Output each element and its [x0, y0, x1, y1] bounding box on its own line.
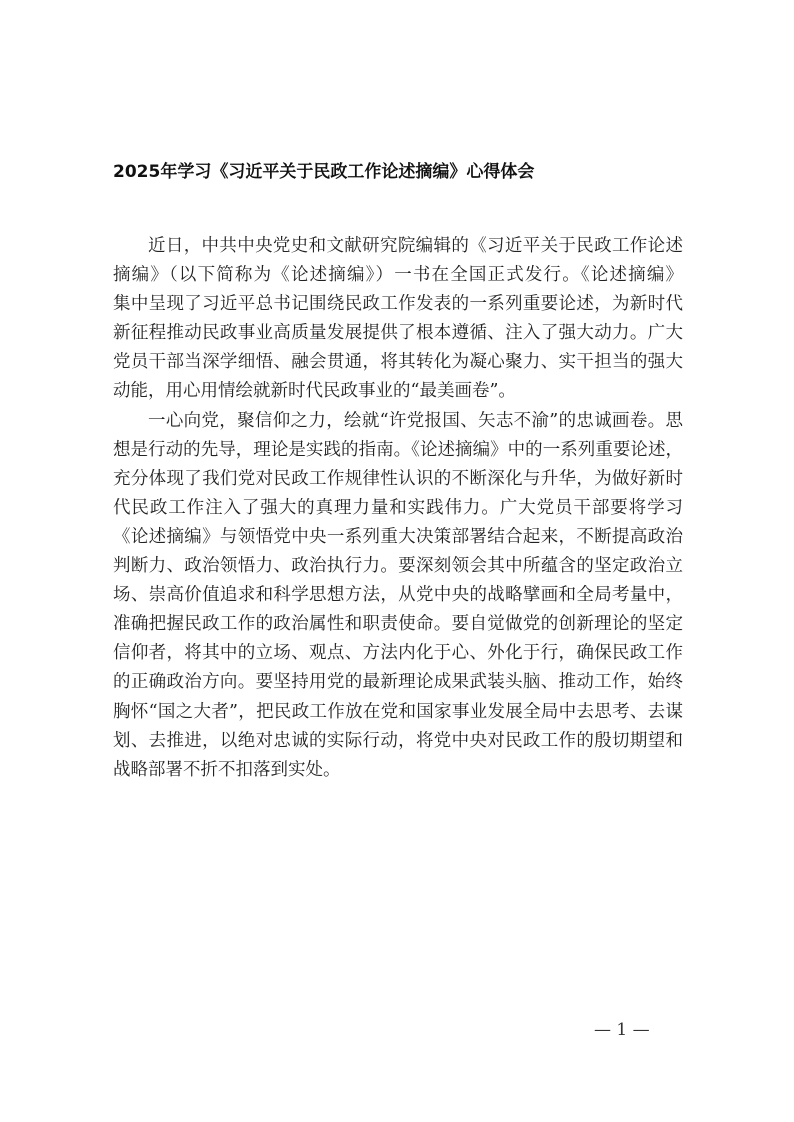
document-body: 近日，中共中央党史和文献研究院编辑的《习近平关于民政工作论述 摘编》（以下简称为… [113, 232, 683, 785]
text-line: 党员干部当深学细悟、融会贯通，将其转化为凝心聚力、实干担当的强大 [113, 348, 683, 377]
text-line: 信仰者，将其中的立场、观点、方法内化于心、外化于行，确保民政工作 [113, 639, 683, 668]
page-number: — 1 — [594, 1020, 650, 1040]
text-line: 判断力、政治领悟力、政治执行力。要深刻领会其中所蕴含的坚定政治立 [113, 552, 683, 581]
document-title: 2025年学习《习近平关于民政工作论述摘编》心得体会 [113, 157, 534, 182]
text-line: 摘编》（以下简称为《论述摘编》）一书在全国正式发行。《论述摘编》 [113, 261, 683, 290]
text-line: 集中呈现了习近平总书记围绕民政工作发表的一系列重要论述，为新时代 [113, 290, 683, 319]
text-line: 场、崇高价值追求和科学思想方法，从党中央的战略擘画和全局考量中， [113, 581, 683, 610]
text-line: 战略部署不折不扣落到实处。 [113, 756, 683, 785]
text-line: 新征程推动民政事业高质量发展提供了根本遵循、注入了强大动力。广大 [113, 319, 683, 348]
text-line: 代民政工作注入了强大的真理力量和实践伟力。广大党员干部要将学习 [113, 494, 683, 523]
text-line: 近日，中共中央党史和文献研究院编辑的《习近平关于民政工作论述 [113, 232, 683, 261]
text-line: 的正确政治方向。要坚持用党的最新理论成果武装头脑、推动工作，始终 [113, 668, 683, 697]
paragraph-loyalty: 一心向党，聚信仰之力，绘就“许党报国、矢志不渝”的忠诚画卷。思 想是行动的先导，… [113, 407, 683, 785]
text-line: 充分体现了我们党对民政工作规律性认识的不断深化与升华，为做好新时 [113, 465, 683, 494]
text-line: 划、去推进，以绝对忠诚的实际行动，将党中央对民政工作的殷切期望和 [113, 727, 683, 756]
text-line: 准确把握民政工作的政治属性和职责使命。要自觉做党的创新理论的坚定 [113, 610, 683, 639]
text-line: 动能，用心用情绘就新时代民政事业的“最美画卷”。 [113, 377, 683, 406]
text-line: 《论述摘编》与领悟党中央一系列重大决策部署结合起来，不断提高政治 [113, 523, 683, 552]
text-line: 胸怀“国之大者”，把民政工作放在党和国家事业发展全局中去思考、去谋 [113, 698, 683, 727]
paragraph-intro: 近日，中共中央党史和文献研究院编辑的《习近平关于民政工作论述 摘编》（以下简称为… [113, 232, 683, 407]
document-page: 2025年学习《习近平关于民政工作论述摘编》心得体会 近日，中共中央党史和文献研… [0, 0, 794, 1122]
text-line: 一心向党，聚信仰之力，绘就“许党报国、矢志不渝”的忠诚画卷。思 [113, 407, 683, 436]
text-line: 想是行动的先导，理论是实践的指南。《论述摘编》中的一系列重要论述， [113, 436, 683, 465]
